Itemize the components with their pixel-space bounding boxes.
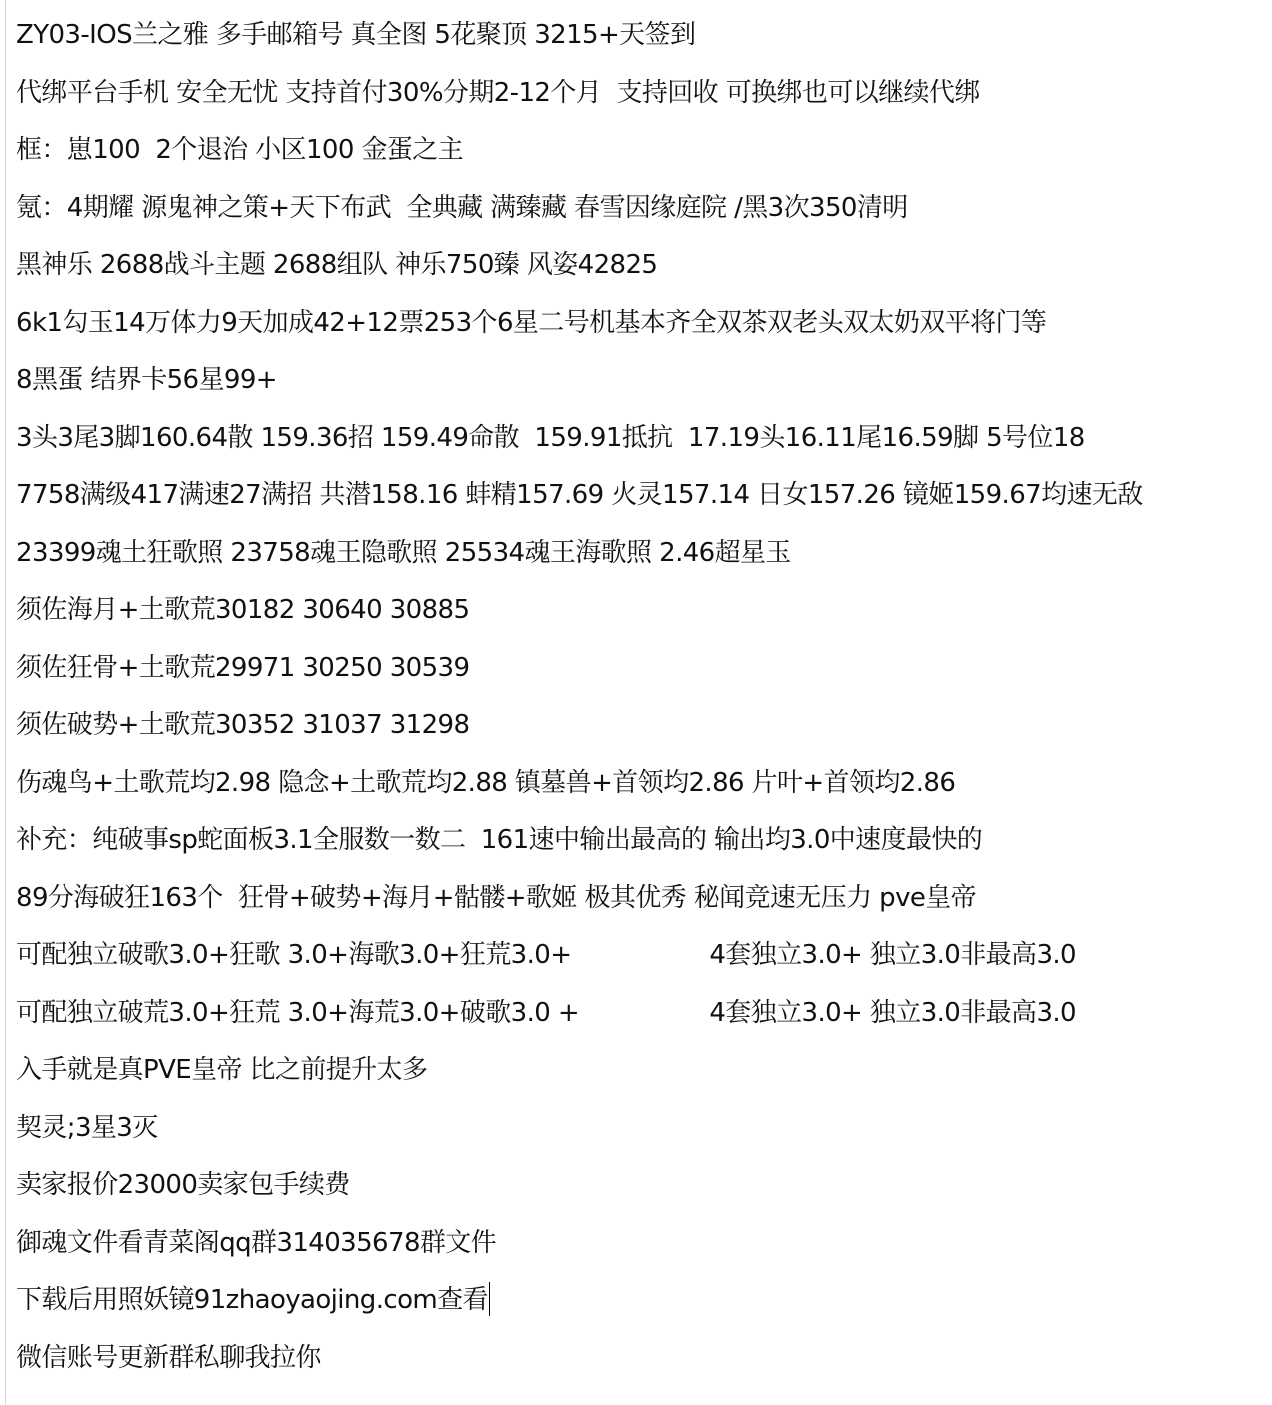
text-line[interactable]: ZY03-IOS兰之雅 多手邮箱号 真全图 5花聚顶 3215+天签到 (16, 13, 1272, 71)
line-text: 伤魂鸟+土歌荒均2.98 隐念+土歌荒均2.88 镇墓兽+首领均2.86 片叶+… (16, 768, 955, 798)
line-text: 89分海破狂163个 狂骨+破势+海月+骷髅+歌姬 极其优秀 秘闻竞速无压力 p… (16, 883, 976, 913)
text-line[interactable]: 6k1勾玉14万体力9天加成42+12票253个6星二号机基本齐全双茶双老头双太… (16, 301, 1272, 359)
line-text: 卖家报价23000卖家包手续费 (16, 1170, 350, 1200)
line-text: 补充：纯破事sp蛇面板3.1全服数一数二 161速中输出最高的 输出均3.0中速… (16, 825, 982, 855)
line-text: 代绑平台手机 安全无忧 支持首付30%分期2-12个月 支持回收 可换绑也可以继… (16, 78, 980, 108)
text-line[interactable]: 须佐海月+土歌荒30182 30640 30885 (16, 588, 1272, 646)
line-text: 须佐海月+土歌荒30182 30640 30885 (16, 595, 469, 625)
line-text: 入手就是真PVE皇帝 比之前提升太多 (16, 1055, 427, 1085)
text-line[interactable]: 8黑蛋 结界卡56星99+ (16, 358, 1272, 416)
text-line[interactable]: 可配独立破荒3.0+狂荒 3.0+海荒3.0+破歌3.0 + 4套独立3.0+ … (16, 991, 1272, 1049)
line-text: 6k1勾玉14万体力9天加成42+12票253个6星二号机基本齐全双茶双老头双太… (16, 308, 1046, 338)
text-line[interactable]: 89分海破狂163个 狂骨+破势+海月+骷髅+歌姬 极其优秀 秘闻竞速无压力 p… (16, 876, 1272, 934)
line-text: 7758满级417满速27满招 共潜158.16 蚌精157.69 火灵157.… (16, 480, 1143, 510)
editor-text-area[interactable]: ZY03-IOS兰之雅 多手邮箱号 真全图 5花聚顶 3215+天签到 代绑平台… (16, 13, 1272, 1393)
text-line[interactable]: 入手就是真PVE皇帝 比之前提升太多 (16, 1048, 1272, 1106)
text-line[interactable]: 7758满级417满速27满招 共潜158.16 蚌精157.69 火灵157.… (16, 473, 1272, 531)
text-line[interactable]: 氪：4期耀 源鬼神之策+天下布武 全典藏 满臻藏 春雪因缘庭院 /黑3次350清… (16, 186, 1272, 244)
line-text: 黑神乐 2688战斗主题 2688组队 神乐750臻 风姿42825 (16, 250, 657, 280)
line-text: 御魂文件看青菜阁qq群314035678群文件 (16, 1228, 496, 1258)
text-line[interactable]: 御魂文件看青菜阁qq群314035678群文件 (16, 1221, 1272, 1279)
text-line[interactable]: 3头3尾3脚160.64散 159.36招 159.49命散 159.91抵抗 … (16, 416, 1272, 474)
line-text: 须佐狂骨+土歌荒29971 30250 30539 (16, 653, 469, 683)
line-text: 23399魂土狂歌照 23758魂王隐歌照 25534魂王海歌照 2.46超星玉 (16, 538, 791, 568)
line-text: 须佐破势+土歌荒30352 31037 31298 (16, 710, 469, 740)
text-line[interactable]: 契灵;3星3灭 (16, 1106, 1272, 1164)
text-line[interactable]: 伤魂鸟+土歌荒均2.98 隐念+土歌荒均2.88 镇墓兽+首领均2.86 片叶+… (16, 761, 1272, 819)
text-line[interactable]: 可配独立破歌3.0+狂歌 3.0+海歌3.0+狂荒3.0+ 4套独立3.0+ 独… (16, 933, 1272, 991)
text-line[interactable]: 框：崽100 2个退治 小区100 金蛋之主 (16, 128, 1272, 186)
line-text: 氪：4期耀 源鬼神之策+天下布武 全典藏 满臻藏 春雪因缘庭院 /黑3次350清… (16, 193, 908, 223)
line-text: 8黑蛋 结界卡56星99+ (16, 365, 277, 395)
text-line[interactable]: 下载后用照妖镜91zhaoyaojing.com查看 (16, 1278, 1272, 1336)
text-line[interactable]: 须佐狂骨+土歌荒29971 30250 30539 (16, 646, 1272, 704)
line-text: 可配独立破荒3.0+狂荒 3.0+海荒3.0+破歌3.0 + 4套独立3.0+ … (16, 998, 1076, 1028)
editor-left-border (5, 0, 6, 1405)
text-editor[interactable]: ZY03-IOS兰之雅 多手邮箱号 真全图 5花聚顶 3215+天签到 代绑平台… (0, 0, 1272, 1405)
line-text: 微信账号更新群私聊我拉你 (16, 1343, 321, 1373)
text-line[interactable]: 卖家报价23000卖家包手续费 (16, 1163, 1272, 1221)
line-text: ZY03-IOS兰之雅 多手邮箱号 真全图 5花聚顶 3215+天签到 (16, 20, 695, 50)
text-caret (489, 1282, 490, 1316)
line-text: 3头3尾3脚160.64散 159.36招 159.49命散 159.91抵抗 … (16, 423, 1085, 453)
line-text: 契灵;3星3灭 (16, 1113, 158, 1143)
line-text: 框：崽100 2个退治 小区100 金蛋之主 (16, 135, 463, 165)
text-line[interactable]: 代绑平台手机 安全无忧 支持首付30%分期2-12个月 支持回收 可换绑也可以继… (16, 71, 1272, 129)
text-line[interactable]: 黑神乐 2688战斗主题 2688组队 神乐750臻 风姿42825 (16, 243, 1272, 301)
text-line[interactable]: 须佐破势+土歌荒30352 31037 31298 (16, 703, 1272, 761)
text-line[interactable]: 23399魂土狂歌照 23758魂王隐歌照 25534魂王海歌照 2.46超星玉 (16, 531, 1272, 589)
text-line[interactable]: 补充：纯破事sp蛇面板3.1全服数一数二 161速中输出最高的 输出均3.0中速… (16, 818, 1272, 876)
line-text: 可配独立破歌3.0+狂歌 3.0+海歌3.0+狂荒3.0+ 4套独立3.0+ 独… (16, 940, 1076, 970)
text-line[interactable]: 微信账号更新群私聊我拉你 (16, 1336, 1272, 1394)
line-text: 下载后用照妖镜91zhaoyaojing.com查看 (16, 1285, 488, 1315)
